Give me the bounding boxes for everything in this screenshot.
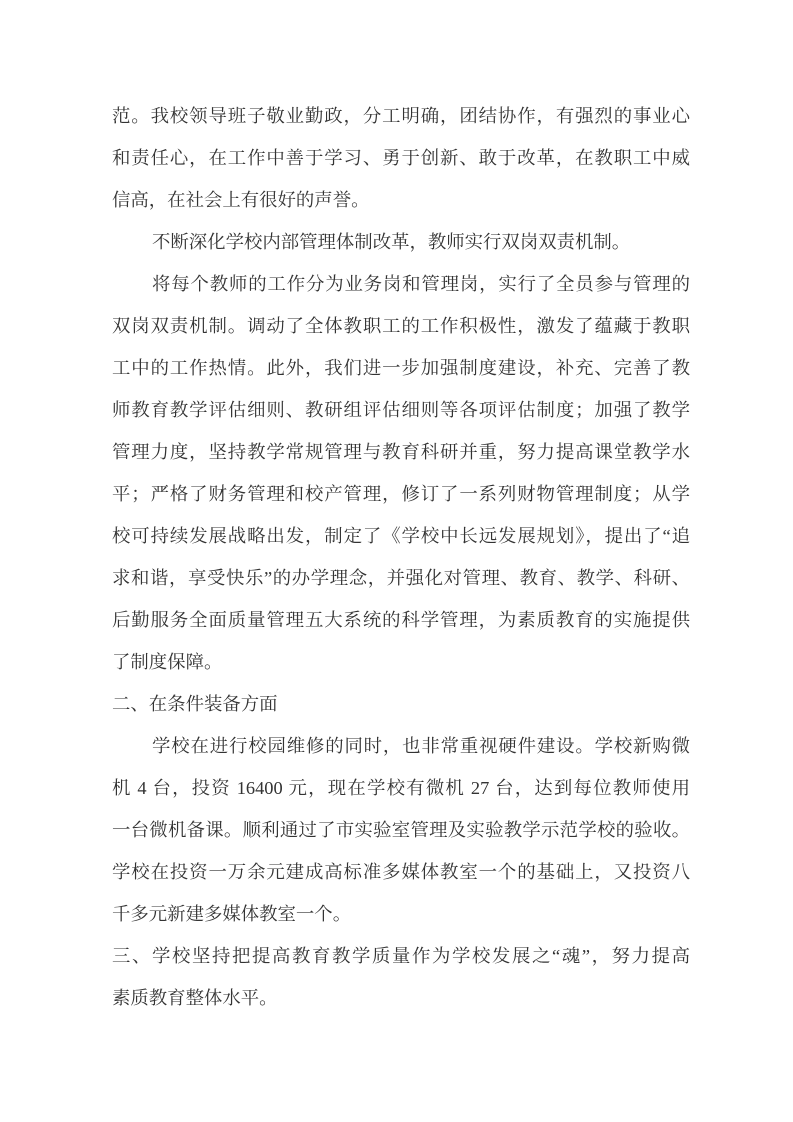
paragraph-1: 范。我校领导班子敬业勤政，分工明确，团结协作，有强烈的事业心 和责任心，在工作中… (112, 95, 690, 221)
text-line: 千多元新建多媒体教室一个。 (112, 893, 690, 935)
text-line: 工中的工作热情。此外，我们进一步加强制度建设，补充、完善了教 (112, 347, 690, 389)
text-line: 范。我校领导班子敬业勤政，分工明确，团结协作，有强烈的事业心 (112, 95, 690, 137)
section-heading-2: 二、在条件装备方面 (112, 683, 690, 725)
text-line: 一台微机备课。顺利通过了市实验室管理及实验教学示范学校的验收。 (112, 809, 690, 851)
paragraph-3: 将每个教师的工作分为业务岗和管理岗，实行了全员参与管理的 双岗双责机制。调动了全… (112, 263, 690, 683)
text-line: 学校在进行校园维修的同时，也非常重视硬件建设。学校新购微 (112, 725, 690, 767)
text-line: 师教育教学评估细则、教研组评估细则等各项评估制度；加强了教学 (112, 389, 690, 431)
heading-line: 二、在条件装备方面 (112, 683, 690, 725)
text-line: 不断深化学校内部管理体制改革，教师实行双岗双责机制。 (112, 221, 690, 263)
text-line: 学校在投资一万余元建成高标准多媒体教室一个的基础上，又投资八 (112, 851, 690, 893)
document-page: 范。我校领导班子敬业勤政，分工明确，团结协作，有强烈的事业心 和责任心，在工作中… (0, 0, 793, 1122)
text-line: 平；严格了财务管理和校产管理，修订了一系列财物管理制度；从学 (112, 473, 690, 515)
text-line: 信高，在社会上有很好的声誉。 (112, 179, 690, 221)
text-line: 管理力度，坚持教学常规管理与教育科研并重，努力提高课堂教学水 (112, 431, 690, 473)
text-line: 将每个教师的工作分为业务岗和管理岗，实行了全员参与管理的 (112, 263, 690, 305)
section-heading-3: 三、学校坚持把提高教育教学质量作为学校发展之“魂”，努力提高 素质教育整体水平。 (112, 935, 690, 1019)
text-line: 校可持续发展战略出发，制定了《学校中长远发展规划》，提出了“追 (112, 515, 690, 557)
text-line: 和责任心，在工作中善于学习、勇于创新、敢于改革，在教职工中威 (112, 137, 690, 179)
paragraph-5: 学校在进行校园维修的同时，也非常重视硬件建设。学校新购微 机 4 台，投资 16… (112, 725, 690, 935)
heading-line: 素质教育整体水平。 (112, 977, 690, 1019)
text-line: 求和谐，享受快乐”的办学理念，并强化对管理、教育、教学、科研、 (112, 557, 690, 599)
text-line: 双岗双责机制。调动了全体教职工的工作积极性，激发了蕴藏于教职 (112, 305, 690, 347)
text-line: 了制度保障。 (112, 641, 690, 683)
heading-line: 三、学校坚持把提高教育教学质量作为学校发展之“魂”，努力提高 (112, 935, 690, 977)
paragraph-2: 不断深化学校内部管理体制改革，教师实行双岗双责机制。 (112, 221, 690, 263)
text-line: 后勤服务全面质量管理五大系统的科学管理，为素质教育的实施提供 (112, 599, 690, 641)
text-line: 机 4 台，投资 16400 元，现在学校有微机 27 台，达到每位教师使用 (112, 767, 690, 809)
